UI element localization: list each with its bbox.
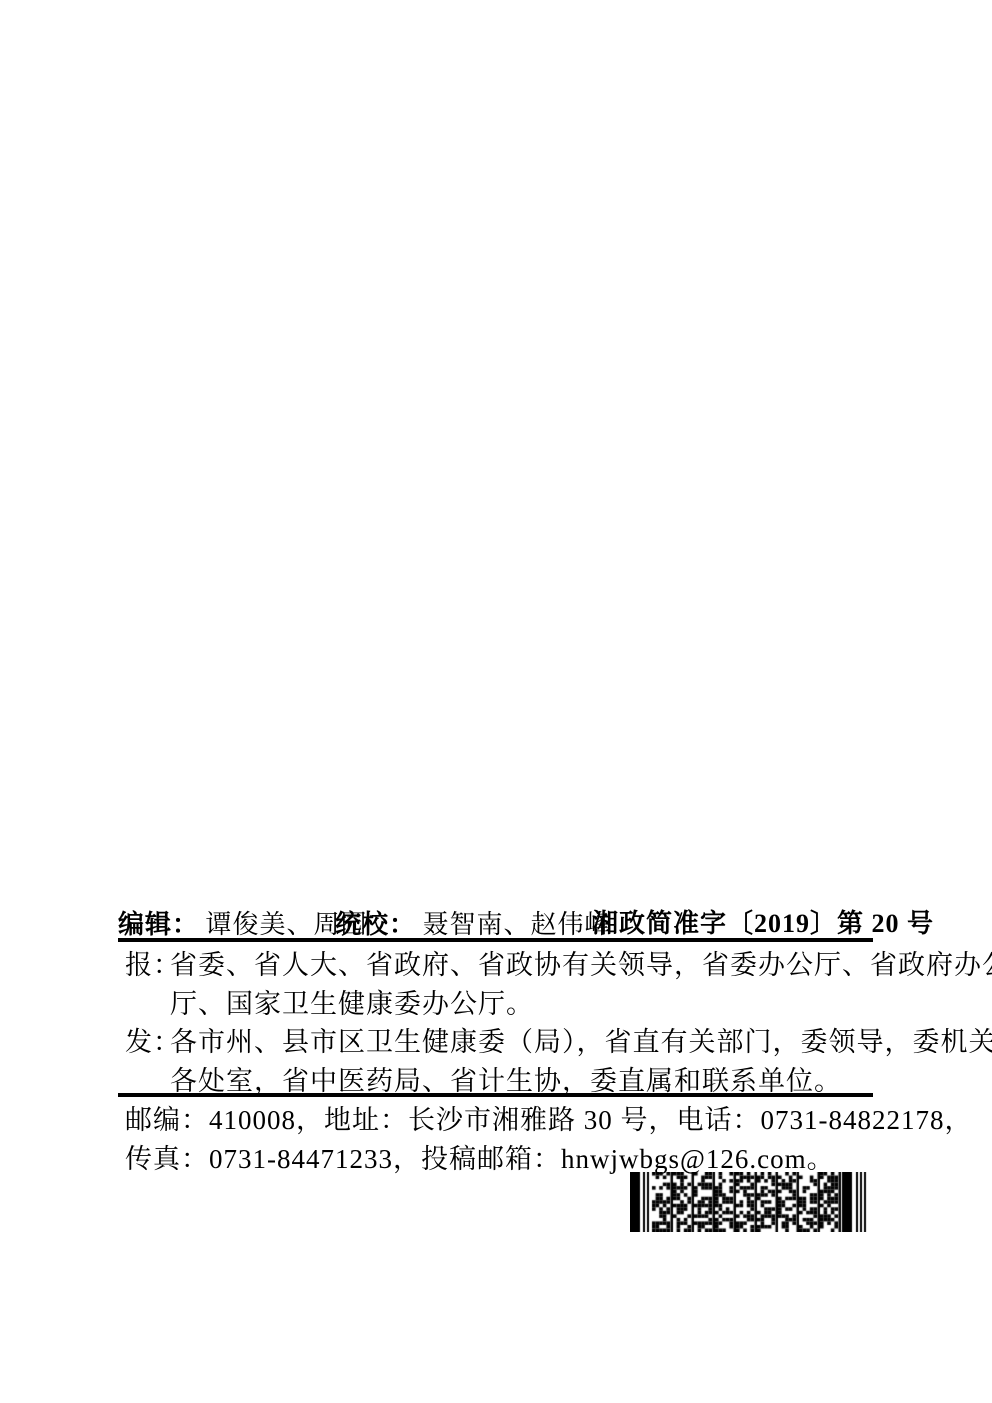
masthead-row: 编辑： 谭俊美、周园 统校： 聂智南、赵伟峰 湘政简准字〔2019〕第 20 号 <box>0 907 992 941</box>
barcode-image <box>630 1172 870 1232</box>
report-block: 报： 省委、省人大、省政府、省政协有关领导，省委办公厅、省政府办公 厅、国家卫生… <box>125 946 875 1024</box>
license-number: 湘政简准字〔2019〕第 20 号 <box>592 907 934 941</box>
report-label: 报： <box>125 946 181 985</box>
proofreader-names: 聂智南、赵伟峰 <box>423 910 612 939</box>
divider-rule-bottom <box>118 1093 873 1097</box>
proofreader-label: 统校： <box>335 909 416 939</box>
editor-label: 编辑： <box>118 909 199 939</box>
issue-block: 发： 各市州、县市区卫生健康委（局），省直有关部门，委领导，委机关 各处室，省中… <box>125 1023 875 1101</box>
report-line: 省委、省人大、省政府、省政协有关领导，省委办公厅、省政府办公 <box>170 946 875 985</box>
report-line: 厅、国家卫生健康委办公厅。 <box>170 985 875 1024</box>
issue-label: 发： <box>125 1023 181 1062</box>
report-lines: 省委、省人大、省政府、省政协有关领导，省委办公厅、省政府办公 厅、国家卫生健康委… <box>170 946 875 1024</box>
colophon-section: 编辑： 谭俊美、周园 统校： 聂智南、赵伟峰 湘政简准字〔2019〕第 20 号… <box>0 0 992 1403</box>
editor-group: 编辑： 谭俊美、周园 <box>118 907 368 942</box>
divider-rule-top <box>118 938 873 942</box>
document-page: 编辑： 谭俊美、周园 统校： 聂智南、赵伟峰 湘政简准字〔2019〕第 20 号… <box>0 0 992 1403</box>
issue-lines: 各市州、县市区卫生健康委（局），省直有关部门，委领导，委机关 各处室，省中医药局… <box>170 1023 875 1101</box>
proofreader-group: 统校： 聂智南、赵伟峰 <box>335 907 612 942</box>
issue-line: 各市州、县市区卫生健康委（局），省直有关部门，委领导，委机关 <box>170 1023 875 1062</box>
contact-line-postal: 邮编：410008，地址：长沙市湘雅路 30 号，电话：0731-8482217… <box>125 1103 973 1137</box>
contact-line-fax: 传真：0731-84471233，投稿邮箱：hnwjwbgs@126.com。 <box>125 1142 835 1176</box>
